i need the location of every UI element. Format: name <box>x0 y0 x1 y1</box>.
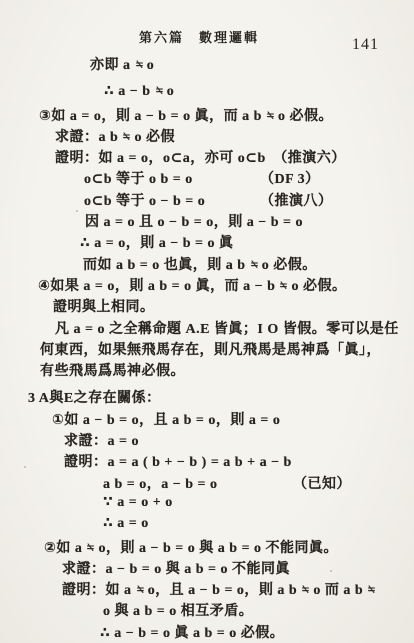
text-line: ②如 a ≠ o，則 a − b = o 與 a b = o 不能同眞。 <box>0 537 414 558</box>
line-text: ①如 a − b = o，且 a b = o，則 a = o <box>52 413 280 428</box>
text-line: o⊂b 等于 o b = o（DF 3） <box>0 168 414 189</box>
running-header-title: 第六篇 數理邏輯 <box>139 27 259 46</box>
page-number: 141 <box>352 36 379 54</box>
line-text: 證明：如 a ≠ o，且 a − b = o，則 a b ≠ o 而 a b ≠ <box>62 583 375 598</box>
line-text: 求證：a b ≠ o 必假 <box>55 130 175 145</box>
not-equal-sign: ≠ <box>136 583 144 599</box>
line-text: 證明：如 a = o，o⊂a，亦可 o⊂b （推演六） <box>55 151 346 166</box>
text-line: 證明：如 a = o，o⊂a，亦可 o⊂b （推演六） <box>0 147 414 168</box>
text-line: ①如 a − b = o，且 a b = o，則 a = o <box>0 409 414 430</box>
line-text: o⊂b 等于 o − b = o <box>84 194 205 209</box>
text-line: ③如 a = o，則 a − b = o 眞，而 a b ≠ o 必假。 <box>0 105 414 126</box>
not-equal-sign: ≠ <box>135 58 143 74</box>
line-text: ∵ a = o + o <box>103 495 173 510</box>
line-text: a b = o，a − b = o <box>103 477 218 492</box>
line-text: o 與 a b = o 相互矛盾。 <box>103 604 253 619</box>
line-text: ∴ a = o <box>103 516 149 531</box>
text-line: 凡 a = o 之全稱命題 A.E 皆眞；I O 皆假。零可以是任 <box>0 318 414 339</box>
line-text: 求證：a − b = o 與 a b = o 不能同眞 <box>62 562 290 577</box>
line-text: 何東西，如果無飛馬存在，則凡飛馬是馬神爲「眞」， <box>40 343 381 358</box>
text-line: ∴ a − b ≠ o <box>0 83 414 104</box>
not-equal-sign: ≠ <box>155 84 163 100</box>
text-line: 求證：a b ≠ o 必假 <box>0 126 414 147</box>
text-line: 有些飛馬爲馬神必假。 <box>0 360 414 381</box>
text-line: 因 a = o 且 o − b = o，則 a − b = o <box>0 211 414 232</box>
text-line: ∵ a = o + o <box>0 494 414 515</box>
text-line: a b = o，a − b = o（已知） <box>0 473 414 494</box>
page-header: 第六篇 數理邏輯 141 <box>0 27 414 57</box>
not-equal-sign: ≠ <box>279 279 287 295</box>
not-equal-sign: ≠ <box>122 130 130 146</box>
text-line: 求證：a − b = o 與 a b = o 不能同眞 <box>0 558 414 579</box>
scanned-book-page: 第六篇 數理邏輯 141 亦即 a ≠ o∴ a − b ≠ o③如 a = o… <box>0 0 414 643</box>
text-line: 求證：a = o <box>0 430 414 451</box>
text-line: 何東西，如果無飛馬存在，則凡飛馬是馬神爲「眞」， <box>0 339 414 360</box>
line-text: 3 A與E之存在關係： <box>28 391 161 406</box>
line-text: ③如 a = o，則 a − b = o 眞，而 a b ≠ o 必假。 <box>39 109 333 124</box>
scan-speck <box>24 466 26 468</box>
line-text: ∴ a = o，則 a − b = o 眞 <box>80 236 233 251</box>
text-line: 證明：a = a ( b + − b ) = a b + a − b <box>0 451 414 472</box>
text-line: o⊂b 等于 o − b = o（推演八） <box>0 190 414 211</box>
not-equal-sign: ≠ <box>250 258 258 274</box>
text-line: ∴ a − b = o 眞 a b = o 必假。 <box>0 622 414 643</box>
text-line: 亦即 a ≠ o <box>0 54 414 75</box>
line-text: 因 a = o 且 o − b = o，則 a − b = o <box>85 215 303 230</box>
line-text: 凡 a = o 之全稱命題 A.E 皆眞；I O 皆假。零可以是任 <box>55 322 399 337</box>
not-equal-sign: ≠ <box>367 583 375 599</box>
text-line: ∴ a = o <box>0 515 414 536</box>
proof-justification-note: （推演八） <box>260 190 333 210</box>
scan-speck <box>330 570 332 572</box>
line-text: o⊂b 等于 o b = o <box>84 172 193 187</box>
text-line: ∴ a = o，則 a − b = o 眞 <box>0 232 414 253</box>
line-text: ④如果 a = o，則 a b = o 眞，而 a − b ≠ o 必假。 <box>38 279 347 294</box>
line-text: 求證：a = o <box>64 434 139 449</box>
not-equal-sign: ≠ <box>266 109 274 125</box>
text-line: 而如 a b = o 也眞，則 a b ≠ o 必假。 <box>0 254 414 275</box>
text-line: 3 A與E之存在關係： <box>0 387 414 408</box>
line-text: 有些飛馬爲馬神必假。 <box>40 364 185 379</box>
not-equal-sign: ≠ <box>301 583 309 599</box>
line-text: 而如 a b = o 也眞，則 a b ≠ o 必假。 <box>83 258 317 273</box>
not-equal-sign: ≠ <box>86 541 94 557</box>
scan-speck <box>76 210 78 212</box>
text-line: o 與 a b = o 相互矛盾。 <box>0 600 414 621</box>
proof-justification-note: （已知） <box>293 473 351 493</box>
text-line: 證明：如 a ≠ o，且 a − b = o，則 a b ≠ o 而 a b ≠ <box>0 579 414 600</box>
proof-justification-note: （DF 3） <box>260 168 320 188</box>
line-text: 證明與上相同。 <box>53 300 155 315</box>
line-text: ∴ a − b = o 眞 a b = o 必假。 <box>100 626 284 641</box>
line-text: ②如 a ≠ o，則 a − b = o 與 a b = o 不能同眞。 <box>44 541 338 556</box>
text-line: ④如果 a = o，則 a b = o 眞，而 a − b ≠ o 必假。 <box>0 275 414 296</box>
text-line: 證明與上相同。 <box>0 296 414 317</box>
line-text: 亦即 a ≠ o <box>90 58 154 73</box>
line-text: 證明：a = a ( b + − b ) = a b + a − b <box>64 455 292 470</box>
line-text: ∴ a − b ≠ o <box>104 84 174 99</box>
page-body-text: 亦即 a ≠ o∴ a − b ≠ o③如 a = o，則 a − b = o … <box>0 54 414 643</box>
